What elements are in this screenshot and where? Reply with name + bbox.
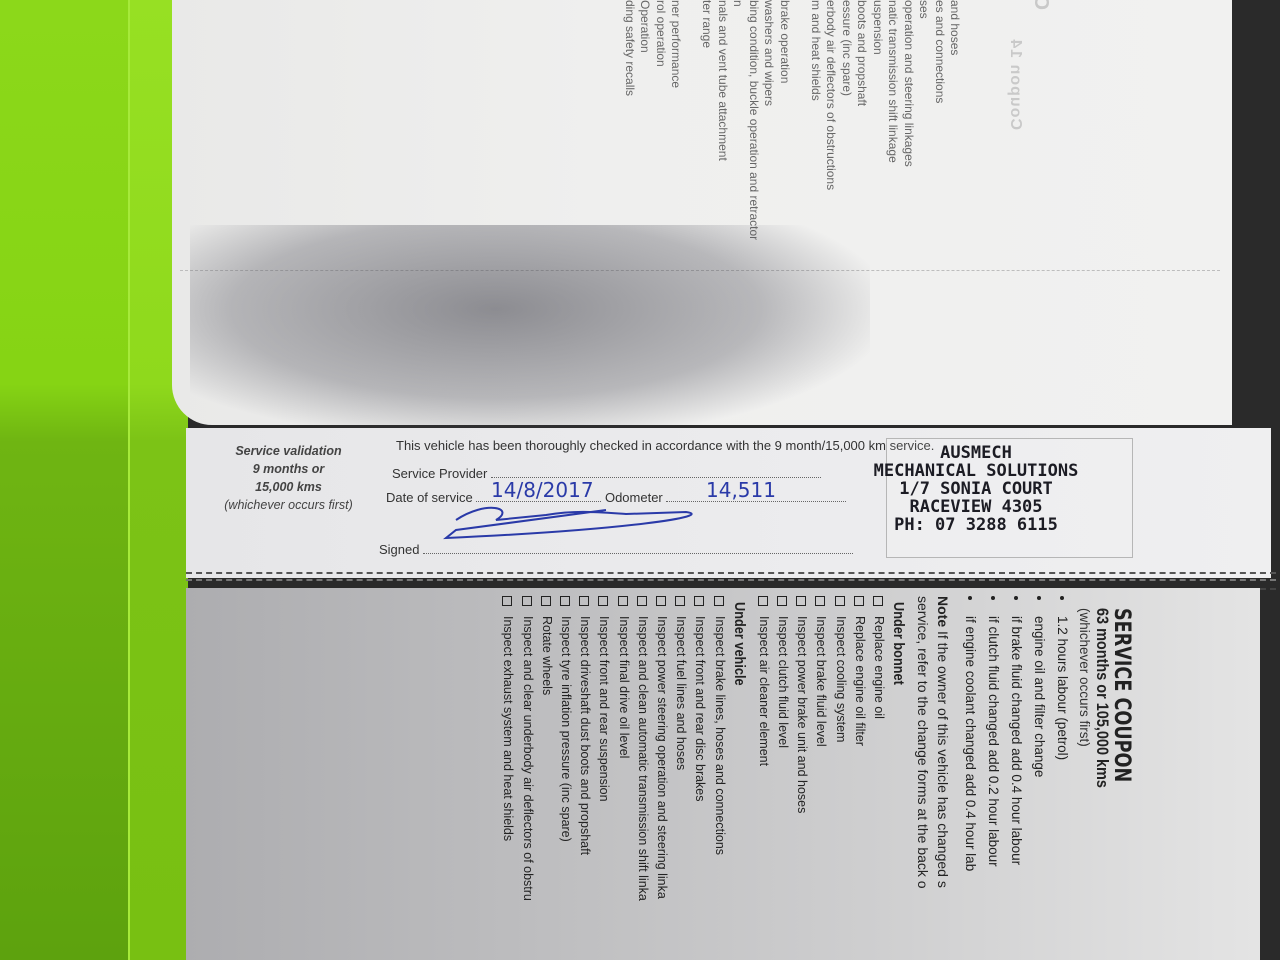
upper-checklist-line: ses xyxy=(917,0,931,19)
checkbox[interactable] xyxy=(816,596,826,606)
stamp-line-1: AUSMECH xyxy=(826,444,1126,462)
upper-checklist-line: ner performance xyxy=(669,0,683,88)
coupon-note-cont: service, refer to the change forms at th… xyxy=(915,596,931,889)
upper-checklist-line: m and heat shields xyxy=(809,0,823,101)
checkbox[interactable] xyxy=(656,596,666,606)
service-provider-label: Service Provider xyxy=(392,466,487,481)
coupon-checklist-item: Inspect final drive oil level xyxy=(617,596,631,758)
upper-checklist-line: washers and wipers xyxy=(762,0,776,106)
coupon-section-heading: Under bonnet xyxy=(890,602,907,685)
coupon-bullet: if brake fluid changed add 0.4 hour labo… xyxy=(1009,596,1024,865)
checkbox[interactable] xyxy=(854,596,864,606)
coupon-checklist-item: Inspect front and rear suspension xyxy=(597,596,611,802)
signature-scribble xyxy=(426,490,726,550)
coupon-bullet: if clutch fluid changed add 0.2 hour lab… xyxy=(986,596,1001,867)
coupon-note: Note If the owner of this vehicle has ch… xyxy=(935,596,951,888)
upper-checklist-line: boots and propshaft xyxy=(855,0,869,106)
stamp-line-3: 1/7 SONIA COURT xyxy=(826,480,1126,498)
validation-months: 9 months or xyxy=(206,460,371,478)
coupon-checklist-item: Replace engine oil filter xyxy=(853,596,867,746)
coupon-checklist-item: Inspect tyre inflation pressure (inc spa… xyxy=(559,596,573,842)
coupon-title: SERVICE COUPON xyxy=(1109,608,1134,782)
signed-label: Signed xyxy=(379,542,419,557)
service-coupon-page: SERVICE COUPON63 months or 105,000 kms(w… xyxy=(186,588,1260,960)
coupon-checklist-item: Inspect front and rear disc brakes xyxy=(693,596,707,802)
coupon-bullet: if engine coolant changed add 0.4 hour l… xyxy=(963,596,978,871)
coupon-checklist-item: Inspect driveshaft dust boots and propsh… xyxy=(578,596,592,855)
checkbox[interactable] xyxy=(714,596,724,606)
checkbox[interactable] xyxy=(637,596,647,606)
coupon-bullet: engine oil and filter change xyxy=(1032,596,1047,777)
validation-title: Service validation xyxy=(206,442,371,460)
upper-checklist-line: ter range xyxy=(700,0,714,48)
checkbox[interactable] xyxy=(503,596,513,606)
checkbox[interactable] xyxy=(777,596,787,606)
checkbox[interactable] xyxy=(599,596,609,606)
checkbox[interactable] xyxy=(796,596,806,606)
upper-checklist-line: Operation xyxy=(638,0,652,53)
service-validation-section: Service validation 9 months or 15,000 km… xyxy=(186,428,1271,578)
coupon-checklist-item: Inspect and clear underbody air deflecto… xyxy=(521,596,535,901)
upper-checklist-line: n xyxy=(731,0,745,7)
validation-info: Service validation 9 months or 15,000 km… xyxy=(206,442,371,514)
coupon-checklist-item: Inspect brake fluid level xyxy=(814,596,828,747)
coupon-checklist-item: Inspect power brake unit and hoses xyxy=(795,596,809,813)
coupon-checklist-item: Inspect exhaust system and heat shields xyxy=(501,596,515,841)
checkbox[interactable] xyxy=(522,596,532,606)
checkbox[interactable] xyxy=(758,596,768,606)
coupon-checklist-item: Inspect power steering operation and ste… xyxy=(655,596,669,899)
checkbox[interactable] xyxy=(675,596,685,606)
coupon-section-heading: Under vehicle xyxy=(731,602,748,686)
signed-field[interactable]: Signed xyxy=(379,542,853,557)
checkbox[interactable] xyxy=(618,596,628,606)
coupon-checklist-item: Replace engine oil xyxy=(872,596,886,719)
checkbox[interactable] xyxy=(835,596,845,606)
upper-checklist-line: rol operation xyxy=(654,0,668,67)
upper-checklist-line: nals and vent tube attachment xyxy=(716,0,730,161)
checkbox[interactable] xyxy=(579,596,589,606)
hand-shadow xyxy=(190,225,870,435)
upper-checklist-line: es and connections xyxy=(933,0,947,103)
coupon-checklist-item: Inspect cooling system xyxy=(834,596,848,742)
coupon-checklist-item: Inspect and clean automatic transmission… xyxy=(636,596,650,901)
upper-checklist-line: operation and steering linkages xyxy=(902,0,916,167)
dealer-stamp: AUSMECH MECHANICAL SOLUTIONS 1/7 SONIA C… xyxy=(826,444,1126,534)
stamp-line-5: PH: 07 3288 6115 xyxy=(826,516,1126,534)
mirrored-subheading: Coupon 14 xyxy=(1006,38,1024,130)
coupon-checklist-item: Inspect clutch fluid level xyxy=(776,596,790,748)
upper-checklist-line: essure (inc spare) xyxy=(840,0,854,96)
upper-checklist-line: and hoses xyxy=(948,0,962,55)
checkbox[interactable] xyxy=(560,596,570,606)
coupon-bullet: 1.2 hours labour (petrol) xyxy=(1055,596,1070,760)
upper-checklist-line: natic transmission shift linkage xyxy=(886,0,900,163)
checkbox[interactable] xyxy=(873,596,883,606)
mirrored-heading: COMPLIMENTARY xyxy=(1029,0,1052,10)
upper-checklist-line: ding safety recalls xyxy=(623,0,637,96)
coupon-checklist-item: Inspect brake lines, hoses and connectio… xyxy=(713,596,727,855)
upper-checklist-line: bing condition, buckle operation and ret… xyxy=(747,0,761,240)
stamp-line-4: RACEVIEW 4305 xyxy=(826,498,1126,516)
coupon-checklist-item: Inspect air cleaner element xyxy=(757,596,771,766)
stamp-line-2: MECHANICAL SOLUTIONS xyxy=(826,462,1126,480)
validation-kms: 15,000 kms xyxy=(206,478,371,496)
coupon-subtitle: 63 months or 105,000 kms xyxy=(1092,608,1112,788)
upper-checklist-line: uspension xyxy=(871,0,885,55)
validation-qualifier: (whichever occurs first) xyxy=(206,496,371,514)
checkbox[interactable] xyxy=(695,596,705,606)
coupon-checklist-item: Inspect fuel lines and hoses xyxy=(674,596,688,770)
coupon-checklist-item: Rotate wheels xyxy=(540,596,554,695)
checkbox[interactable] xyxy=(541,596,551,606)
coupon-qualifier: (whichever occurs first) xyxy=(1077,608,1092,747)
upper-checklist-line: brake operation xyxy=(778,0,792,83)
upper-checklist-line: erbody air deflectors of obstructions xyxy=(824,0,838,190)
